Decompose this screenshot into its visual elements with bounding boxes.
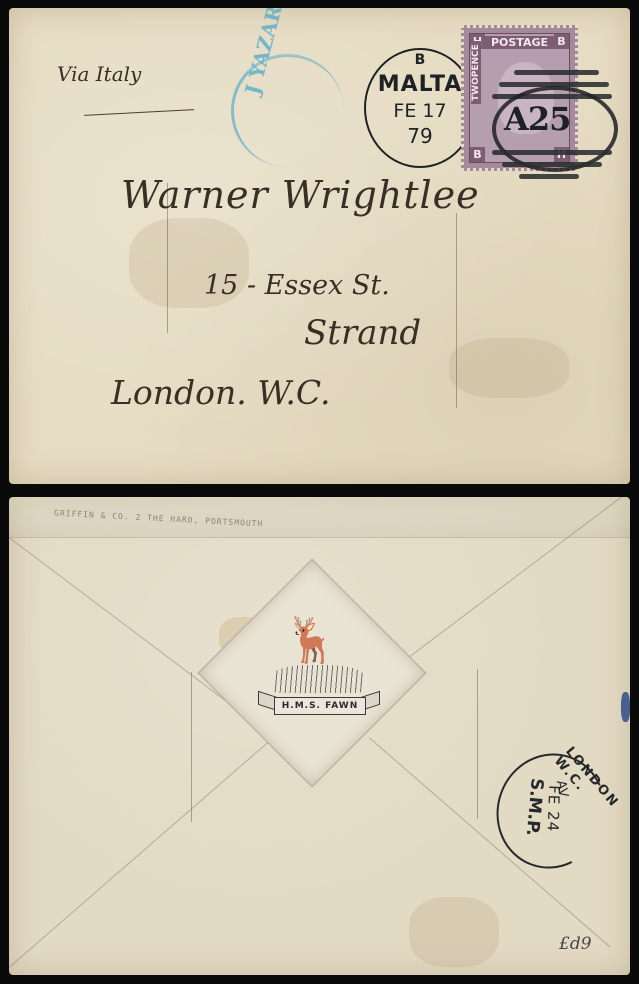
crest-ribbon: H.M.S. FAWN — [258, 697, 380, 715]
deer-icon: 🦌 — [284, 619, 339, 663]
cancel-bar — [502, 162, 602, 167]
paper-stain — [449, 338, 569, 398]
postmark-date: FE 17 — [366, 100, 474, 122]
postmark-year: 79 — [366, 124, 474, 148]
cancel-bar — [492, 150, 612, 155]
barred-oval-cancellation: A25 — [484, 70, 616, 178]
paper-stain — [409, 897, 499, 967]
address-street: 15 - Essex St. — [204, 270, 390, 301]
routing-underline — [84, 109, 194, 116]
stamp-value-label: TWOPENCE — [471, 41, 481, 104]
fold-line — [456, 213, 457, 408]
pencil-note: £d9 — [559, 934, 592, 954]
postmark-date: FE 24 — [544, 785, 564, 833]
ink-smudge — [621, 692, 630, 722]
fold-line — [191, 672, 192, 822]
reeds-icon — [272, 665, 364, 693]
blue-cancellation: J YAZAR — [231, 54, 344, 167]
envelope-front: Via Italy J YAZAR B MALTA FE 17 79 POSTA… — [9, 8, 630, 484]
address-district: Strand — [304, 313, 421, 353]
postmark-code: B — [366, 52, 474, 68]
envelope-back: GRIFFIN & CO. 2 THE HARD, PORTSMOUTH 🦌 H… — [9, 497, 630, 975]
blue-cancellation-text: J YAZAR — [240, 8, 287, 97]
stamp-corner-letter: B — [554, 34, 569, 49]
cancel-number: A25 — [504, 100, 570, 138]
fold-line — [477, 669, 478, 819]
stamp-corner-letter: B — [470, 147, 485, 162]
malta-postmark: B MALTA FE 17 79 — [364, 48, 476, 168]
ship-crest: 🦌 H.M.S. FAWN — [254, 617, 384, 727]
cancel-bar — [514, 70, 599, 75]
cancel-bar — [519, 174, 579, 179]
routing-note: Via Italy — [57, 62, 141, 86]
crest-label: H.M.S. FAWN — [274, 697, 366, 715]
address-name: Warner Wrightlee — [121, 173, 480, 217]
london-postmark: LONDON W.C. AV FE 24 S.M.P. — [480, 738, 621, 884]
postmark-office: MALTA — [366, 72, 474, 97]
address-city: London. W.C. — [111, 373, 330, 412]
flap-edge — [9, 718, 296, 968]
